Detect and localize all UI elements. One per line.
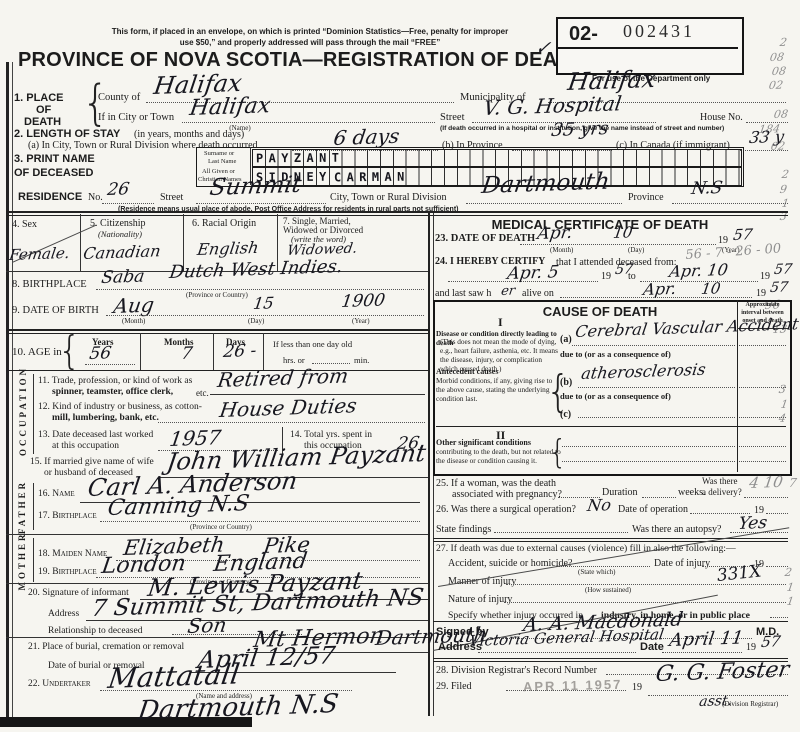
lastsaw-label2: alive on (522, 288, 554, 299)
father-name-label: 16. Name (38, 489, 75, 499)
dob-year-sub: (Year) (352, 317, 370, 325)
cause-c-line (578, 417, 735, 418)
cause-b-label: (b) (560, 377, 572, 388)
record-number-label: 28. Division Registrar's Record Number (436, 665, 597, 676)
serial-prefix: 02- (569, 23, 598, 46)
age-cell-divider (213, 333, 214, 370)
manner-line (506, 584, 786, 585)
margin-mark: 2 (781, 168, 790, 181)
injury-year-line (766, 566, 788, 567)
residence-city-line (466, 203, 622, 204)
nature-line (504, 602, 786, 603)
citizenship-sub: (Nationality) (98, 229, 142, 239)
interval-line-b (739, 387, 786, 388)
margin-mark: 1 (786, 595, 795, 608)
residence-street-label: Street (160, 192, 183, 203)
accident-line (556, 566, 650, 567)
age-brace: { (58, 332, 81, 372)
q25-label2: associated with pregnancy? (452, 489, 562, 500)
interval-line-d (739, 446, 786, 447)
industry-label2: mill, lumbering, bank, etc. (52, 413, 159, 423)
dob-month-sub: (Month) (122, 317, 145, 325)
attended-to-label: to (628, 271, 636, 282)
residence-street-value: Summit (208, 172, 303, 201)
burial-value2: Dartmouth (374, 622, 488, 650)
q25-line3 (744, 497, 788, 498)
age-less-label: If less than one day old (273, 339, 352, 349)
date-of-death-label: 23. DATE OF DEATH (435, 233, 535, 244)
trade-label3: etc. (196, 388, 209, 398)
findings-label: State findings (436, 524, 491, 535)
md-address-value: Victoria General Hospital (468, 625, 665, 650)
occupation-side-label: OCCUPATION (18, 370, 28, 456)
interval-line-e (739, 461, 786, 462)
date-of-death-line (520, 244, 716, 245)
age-cell-divider (140, 333, 141, 370)
check-mark: ✓ (534, 37, 552, 59)
q25-line2 (642, 497, 676, 498)
other-label-bold: Other significant conditions (436, 438, 531, 447)
street-label: Street (440, 112, 465, 123)
margin-mark: 1 (786, 581, 795, 594)
envelope-note-line1: This form, if placed in an envelope, on … (70, 27, 550, 36)
mother-bracket-line (33, 538, 34, 582)
surname-label1: Surname or (204, 150, 234, 157)
burial-label: 21. Place of burial, cremation or remova… (28, 642, 184, 652)
city-town-value: Halifax (188, 93, 272, 121)
antecedent-label: Antecedent causes (436, 367, 498, 376)
death-registration-form: This form, if placed in an envelope, on … (0, 0, 800, 732)
birthplace-value2: Dutch West Indies. (168, 256, 344, 283)
margin-mark: 7 (788, 476, 798, 490)
birthplace-value1: Saba (100, 267, 146, 288)
age-days-dotline (85, 364, 135, 365)
place-of-death-label1: 1. PLACE (14, 92, 64, 104)
age-years-value: 56 (88, 343, 113, 364)
father-bracket-line (33, 483, 34, 530)
envelope-note-line2: use $50,” and properly addressed will pa… (70, 38, 550, 47)
dob-day-sub: (Day) (248, 317, 264, 325)
citizenship-value: Canadian (82, 241, 162, 263)
margin-mark: 08 (769, 51, 785, 64)
county-label: County of (98, 92, 140, 103)
father-side-label: FATHER (17, 477, 27, 537)
attended-to-year: 57 (773, 261, 793, 278)
margin-mark: 2 (779, 36, 788, 49)
father-birthplace-sub: (Province or Country) (190, 523, 252, 531)
left-border-thick (6, 62, 9, 717)
lastsaw-year: 57 (769, 279, 789, 296)
q26-date-label: Date of operation (618, 504, 688, 515)
residence-no-line (102, 203, 154, 204)
cause-a-line (572, 345, 735, 346)
stay-b-value: 35 yrs (550, 118, 610, 141)
margin-mark: 2 (784, 566, 793, 579)
trade-label1: 11. Trade, profession, or kind of work a… (38, 376, 192, 386)
nature-label: Nature of injury (448, 594, 512, 605)
interval-line-a (739, 345, 786, 346)
relationship-label: Relationship to deceased (48, 626, 142, 636)
residence-no-value: 26 (106, 179, 131, 200)
stay-c-value: 33 y (748, 127, 785, 147)
other-line1 (562, 446, 735, 447)
filed-label: 29. Filed (436, 681, 472, 692)
place-of-death-label2: OF (36, 104, 51, 116)
city-town-label: If in City or Town (98, 112, 174, 123)
q25-value: 4 10 (748, 473, 784, 492)
attended-to-year-pre: 19 (760, 271, 770, 282)
antecedent-rest: Morbid conditions, if any, giving rise t… (436, 376, 558, 403)
age-label: 10. AGE in (12, 346, 62, 358)
cause-b-line (578, 387, 735, 388)
dob-line (106, 315, 424, 316)
birthplace-line (96, 289, 424, 290)
findings-line (494, 532, 628, 533)
undertaker-label: 22. Undertaker (28, 679, 91, 689)
cell-divider (80, 214, 81, 271)
q25-delivery-label: a delivery? (702, 487, 742, 497)
industry-value: House Duties (218, 393, 358, 422)
lastsaw-month: Apr. (642, 279, 678, 299)
residence-city-label: City, Town or Rural Division (330, 192, 447, 203)
industry-line (158, 422, 425, 423)
q26-label: 26. Was there a surgical operation? (436, 504, 576, 515)
attended-from-value: Apr. 5 (506, 262, 560, 284)
date-of-death-day: 10 (612, 223, 634, 242)
filed-date-stamp: APR 11 1957 (523, 677, 623, 695)
length-of-stay-sub: (in years, months and days) (134, 129, 244, 140)
registrar-signature: G. G. Foster (654, 657, 791, 687)
trade-value: Retired from (216, 363, 350, 392)
q26-value: No (586, 495, 612, 515)
residence-city-value: Dartmouth (480, 169, 611, 199)
informant-address-line (86, 620, 428, 621)
q25-was-label: Was there (702, 476, 738, 486)
injurydate-label: Date of injury (654, 558, 710, 569)
filed-year-pre: 19 (632, 682, 642, 693)
surname-label2: Last Name (208, 158, 236, 165)
spouse-label1: 15. If married give name of wife (30, 457, 154, 467)
medical-certificate-title: MEDICAL CERTIFICATE OF DEATH (450, 217, 750, 232)
interval-line-c (739, 417, 786, 418)
racial-origin-value: English (196, 238, 260, 259)
residence-province-label: Province (628, 192, 664, 203)
specify-line (770, 617, 788, 618)
father-birthplace-value: Canning N.S (106, 491, 251, 521)
lastworked-label1: 13. Date deceased last worked (38, 430, 153, 440)
occupation-bracket-line (33, 374, 34, 454)
cause-of-death-title: CAUSE OF DEATH (480, 304, 720, 319)
cause-b-due: due to (or as a consequence of) (560, 391, 671, 401)
cause-a-label: (a) (560, 334, 572, 345)
dod-day-sub: (Day) (628, 246, 644, 254)
citizenship-label: 5. Citizenship (90, 218, 146, 229)
length-of-stay-label: 2. LENGTH OF STAY (14, 128, 120, 140)
stay-c-line (740, 150, 788, 151)
other-line2 (562, 461, 735, 462)
date-of-death-month: Apr. (536, 223, 574, 244)
age-days-value: 26 - (222, 341, 258, 362)
age-months-value: 7 (180, 344, 194, 364)
margin-mark: 08 (773, 108, 789, 121)
other-label-rest: contributing to the death, but not relat… (436, 447, 562, 465)
md-date-line (662, 652, 742, 653)
father-birthplace-label: 17. Birthplace (38, 511, 97, 521)
residence-no-label: No. (88, 192, 103, 203)
md-year-pre: 19 (746, 642, 756, 653)
birthplace-label: 8. BIRTHPLACE (12, 279, 87, 290)
autopsy-label: Was there an autopsy? (632, 524, 721, 535)
attended-to-value: Apr. 10 (668, 260, 729, 281)
main-divider-rule (6, 211, 788, 216)
informant-address-value: 7 Summit St, Dartmouth NS (90, 585, 425, 622)
q26-year-line (766, 513, 788, 514)
attended-from-year-pre: 19 (601, 271, 611, 282)
lastsaw-label1: and last saw h (435, 288, 491, 299)
age-bottom-line (6, 370, 428, 371)
totalyrs-label1: 14. Total yrs. spent in (290, 430, 372, 440)
left-border-thin (12, 62, 13, 717)
print-name-label1: 3. PRINT NAME (14, 153, 95, 165)
residence-province-line (672, 203, 788, 204)
cause-a-due: due to (or as a consequence of) (560, 349, 671, 359)
cause-c-label: (c) (560, 409, 571, 420)
sex-label: 4. Sex (12, 219, 37, 230)
md-year-value: 57 (760, 632, 782, 651)
md-address-line (478, 652, 636, 653)
place-of-death-label3: DEATH (24, 116, 61, 128)
md-date-value: April 11 (668, 627, 745, 651)
trade-label2: spinner, teamster, office clerk, (52, 387, 173, 397)
age-cell-divider (263, 333, 264, 370)
undertaker-value2: Dartmouth N.S (136, 689, 340, 726)
mother-birthplace-label: 19. Birthplace (38, 567, 97, 577)
lastsaw-year-pre: 19 (756, 288, 766, 299)
serial-number: 002431 (623, 21, 695, 42)
serial-box-divider (558, 47, 738, 49)
house-no-label: House No. (700, 112, 743, 123)
dob-label: 9. DATE OF BIRTH (12, 305, 99, 316)
industry-label1: 12. Kind of industry or business, as cot… (38, 402, 202, 412)
manner-sub: (How sustained) (585, 586, 631, 594)
filed-line (506, 690, 626, 691)
residence-province-value: N.S (690, 178, 724, 199)
surname-value: PAYZANT (256, 151, 344, 166)
margin-mark: 02 (768, 79, 784, 92)
age-hrs-label: hrs. or (283, 355, 305, 365)
q25-label1: 25. If a woman, was the death (436, 478, 556, 489)
residence-label: RESIDENCE (18, 191, 82, 203)
print-name-label2: OF DECEASED (14, 167, 93, 179)
injury-code-value: 331X (716, 561, 762, 586)
mother-side-label: MOTHER (17, 531, 27, 591)
date-of-death-year: 57 (732, 225, 754, 244)
dod-month-sub: (Month) (550, 246, 573, 254)
md-date-label: Date (640, 641, 664, 653)
accident-sub: (State which) (578, 568, 616, 576)
margin-mark: 08 (771, 65, 787, 78)
street-value: V. G. Hospital (482, 91, 623, 120)
dob-day-value: 15 (252, 293, 275, 313)
birthplace-sub: (Province or Country) (186, 291, 248, 299)
form-title: PROVINCE OF NOVA SCOTIA—REGISTRATION OF … (18, 49, 583, 72)
father-birthplace-line (100, 521, 420, 522)
lastsaw-day: 10 (700, 279, 722, 298)
other-brace: { (548, 437, 567, 470)
residence-street-line (196, 203, 326, 204)
dob-year-value: 1900 (340, 291, 386, 312)
cause-part-divider (436, 426, 786, 427)
given-name-value2: CARMAN (334, 170, 410, 185)
racial-origin-label: 6. Racial Origin (192, 218, 256, 229)
registrar-sub: (Division Registrar) (722, 700, 778, 708)
informant-address-label: Address (48, 609, 79, 619)
mother-maiden-label: 18. Maiden Name (38, 549, 107, 559)
age-min-label: min. (354, 355, 369, 365)
house-no-line (746, 122, 788, 123)
q26-bottom-rule (433, 538, 788, 542)
cause-part1: I (498, 315, 503, 330)
sex-value: Female. (8, 244, 71, 264)
margin-mark: 9 (779, 183, 788, 196)
lastworked-label2: at this occupation (52, 441, 119, 451)
lastsaw-her: er (500, 284, 516, 299)
